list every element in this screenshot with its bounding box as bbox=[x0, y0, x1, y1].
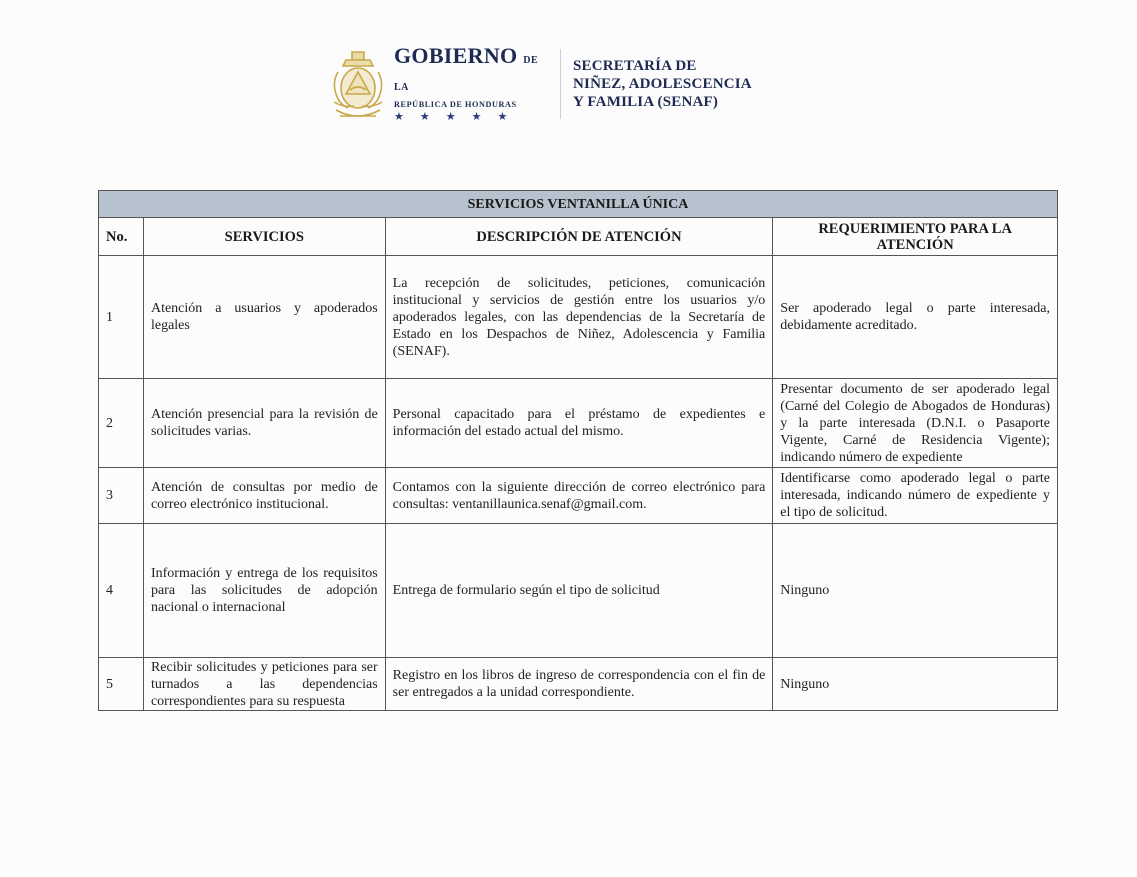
requerimiento-cell: Identificarse como apoderado legal o par… bbox=[773, 468, 1058, 524]
descripcion-cell: Entrega de formulario según el tipo de s… bbox=[385, 524, 773, 658]
servicio-cell: Información y entrega de los requisitos … bbox=[143, 524, 385, 658]
gov-main-text: GOBIERNO bbox=[394, 43, 517, 68]
services-table: SERVICIOS VENTANILLA ÚNICA No. SERVICIOS… bbox=[98, 190, 1058, 711]
secretaria-line-2: NIÑEZ, ADOLESCENCIA bbox=[573, 75, 752, 93]
letterhead: GOBIERNO DE LA REPÚBLICA DE HONDURAS ★★★… bbox=[328, 45, 768, 123]
gov-subtitle: REPÚBLICA DE HONDURAS bbox=[394, 100, 552, 109]
column-header-servicios: SERVICIOS bbox=[143, 218, 385, 256]
servicio-cell: Atención a usuarios y apoderados legales bbox=[143, 256, 385, 379]
table-header-row: No. SERVICIOS DESCRIPCIÓN DE ATENCIÓN RE… bbox=[99, 218, 1058, 256]
stars-icon: ★★★★★ bbox=[394, 110, 552, 123]
requerimiento-cell: Presentar documento de ser apoderado leg… bbox=[773, 379, 1058, 468]
table-row: 2 Atención presencial para la revisión d… bbox=[99, 379, 1058, 468]
secretaria-line-1: SECRETARÍA DE bbox=[573, 57, 752, 75]
descripcion-cell: Personal capacitado para el préstamo de … bbox=[385, 379, 773, 468]
secretaria-name: SECRETARÍA DE NIÑEZ, ADOLESCENCIA Y FAMI… bbox=[573, 57, 752, 111]
row-number: 2 bbox=[99, 379, 144, 468]
descripcion-cell: Registro en los libros de ingreso de cor… bbox=[385, 658, 773, 711]
letterhead-divider bbox=[560, 49, 561, 119]
coat-of-arms-icon bbox=[328, 46, 388, 122]
row-number: 5 bbox=[99, 658, 144, 711]
secretaria-line-3: Y FAMILIA (SENAF) bbox=[573, 93, 752, 111]
descripcion-cell: Contamos con la siguiente dirección de c… bbox=[385, 468, 773, 524]
column-header-no: No. bbox=[99, 218, 144, 256]
descripcion-cell: La recepción de solicitudes, peticiones,… bbox=[385, 256, 773, 379]
table-title: SERVICIOS VENTANILLA ÚNICA bbox=[99, 191, 1058, 218]
column-header-descripcion: DESCRIPCIÓN DE ATENCIÓN bbox=[385, 218, 773, 256]
government-logo-text: GOBIERNO DE LA REPÚBLICA DE HONDURAS ★★★… bbox=[394, 45, 552, 123]
row-number: 3 bbox=[99, 468, 144, 524]
row-number: 4 bbox=[99, 524, 144, 658]
table-title-row: SERVICIOS VENTANILLA ÚNICA bbox=[99, 191, 1058, 218]
requerimiento-cell: Ninguno bbox=[773, 524, 1058, 658]
table-row: 1 Atención a usuarios y apoderados legal… bbox=[99, 256, 1058, 379]
row-number: 1 bbox=[99, 256, 144, 379]
table-row: 4 Información y entrega de los requisito… bbox=[99, 524, 1058, 658]
servicio-cell: Atención de consultas por medio de corre… bbox=[143, 468, 385, 524]
table-row: 5 Recibir solicitudes y peticiones para … bbox=[99, 658, 1058, 711]
table-row: 3 Atención de consultas por medio de cor… bbox=[99, 468, 1058, 524]
requerimiento-cell: Ninguno bbox=[773, 658, 1058, 711]
servicio-cell: Recibir solicitudes y peticiones para se… bbox=[143, 658, 385, 711]
requerimiento-cell: Ser apoderado legal o parte interesada, … bbox=[773, 256, 1058, 379]
servicio-cell: Atención presencial para la revisión de … bbox=[143, 379, 385, 468]
column-header-requerimiento: REQUERIMIENTO PARA LA ATENCIÓN bbox=[773, 218, 1058, 256]
